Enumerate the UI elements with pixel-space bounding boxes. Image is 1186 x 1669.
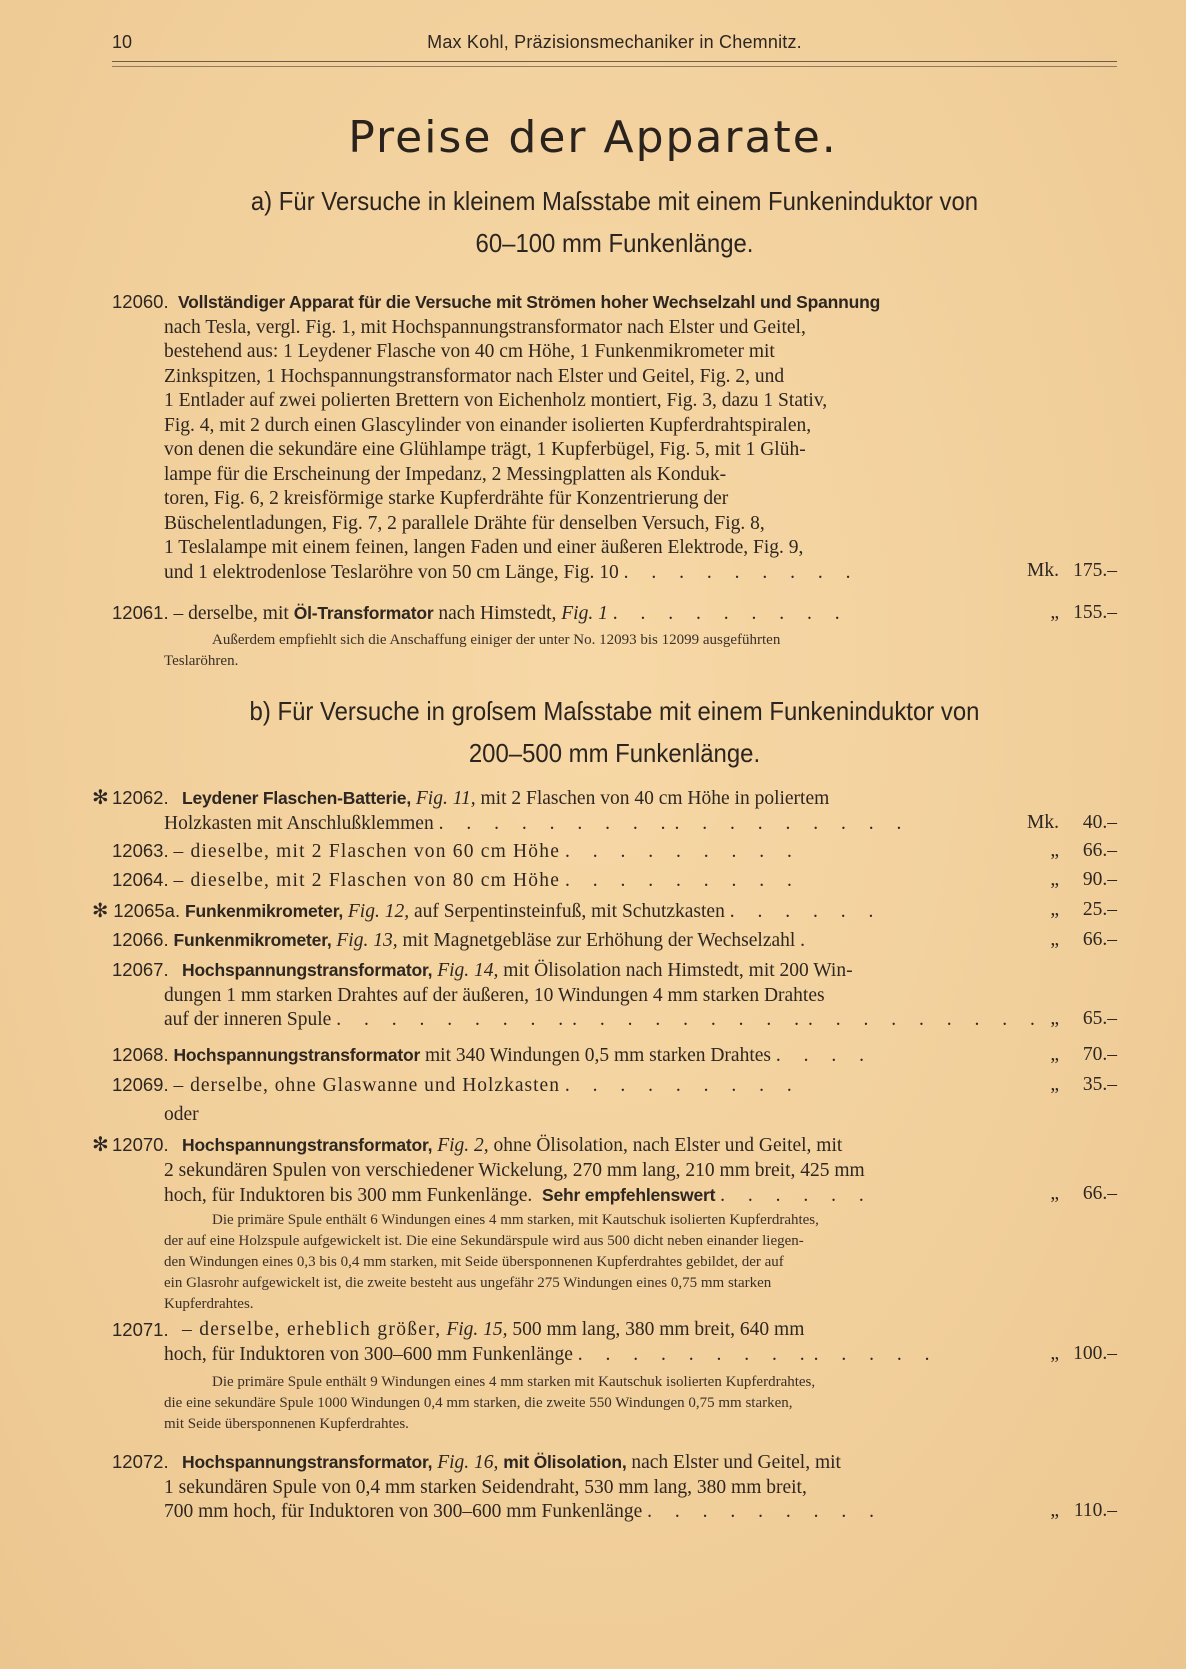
item-text: mit 340 Windungen 0,5 mm starken Drahtes bbox=[425, 1045, 771, 1066]
price: 66.– bbox=[1061, 929, 1117, 951]
section-b-heading-line2: 200–500 mm Funkenlänge. bbox=[152, 732, 1077, 774]
leader-dots: . . . . bbox=[776, 1045, 873, 1066]
catalog-entry-12065a: ✻ 12065a. Funkenmikrometer, Fig. 12, auf… bbox=[112, 899, 1117, 924]
asterisk-icon: ✻ bbox=[92, 1133, 109, 1158]
item-text: nach Himstedt, bbox=[433, 603, 561, 624]
note-line: mit Seide übersponnenen Kupferdrahtes. bbox=[164, 1414, 1000, 1435]
leader-dots: . . . . . . . . . bbox=[808, 1009, 1044, 1030]
publisher-line: Max Kohl, Präzisionsmechaniker in Chemni… bbox=[112, 32, 1117, 53]
catalog-entry-12062: ✻ 12062. Leydener Flaschen-Batterie, Fig… bbox=[112, 786, 1117, 836]
price-unit: „ bbox=[1019, 899, 1059, 921]
item-text: ohne Ölisolation, nach Elster und Geitel… bbox=[494, 1135, 843, 1156]
desc-line: Fig. 4, mit 2 durch einen Glascylinder v… bbox=[112, 414, 1009, 439]
figure-ref: Fig. 11, bbox=[416, 788, 476, 809]
price-unit: Mk. bbox=[1019, 559, 1059, 584]
item-title: Hochspannungstransformator bbox=[173, 1045, 420, 1065]
price-unit: „ bbox=[1019, 840, 1059, 862]
leader-dots: . . . . . . . . . bbox=[572, 1009, 808, 1030]
catalog-entry-12072: 12072. Hochspannungstransformator, Fig. … bbox=[112, 1450, 1117, 1525]
catalog-entry-12071: 12071. – derselbe, erheblich größer, Fig… bbox=[112, 1318, 1117, 1367]
catalog-entry-12069: 12069. – derselbe, ohne Glaswanne und Ho… bbox=[112, 1074, 1117, 1099]
price-unit: „ bbox=[1019, 1074, 1059, 1096]
price-unit: „ bbox=[1019, 869, 1059, 891]
item-text: 500 mm lang, 380 mm breit, 640 mm bbox=[512, 1319, 804, 1340]
figure-ref: Fig. 12, bbox=[348, 901, 409, 922]
item-text: 1 sekundären Spule von 0,4 mm starken Se… bbox=[112, 1476, 1117, 1501]
item-number: 12063. bbox=[112, 840, 169, 861]
item-title: Hochspannungstransformator, bbox=[182, 960, 432, 980]
recommendation-label: Sehr empfehlenswert bbox=[542, 1185, 715, 1205]
desc-line: Zinkspitzen, 1 Hochspannungstransformato… bbox=[112, 365, 1009, 390]
item-number: 12072. bbox=[112, 1450, 169, 1475]
desc-line: 1 Teslalampe mit einem feinen, langen Fa… bbox=[112, 536, 1009, 561]
header-double-rule bbox=[112, 61, 1117, 67]
desc-line: von denen die sekundäre eine Glühlampe t… bbox=[112, 438, 1009, 463]
price-unit: „ bbox=[1019, 1044, 1059, 1066]
price: 25.– bbox=[1061, 899, 1117, 921]
asterisk-icon: ✻ bbox=[92, 901, 108, 922]
item-number: 12070. bbox=[112, 1133, 169, 1158]
note-line: Außerdem empfiehlt sich die Anschaffung … bbox=[164, 630, 1000, 651]
desc-line: 1 Entlader auf zwei polierten Brettern v… bbox=[112, 389, 1009, 414]
item-text: – derselbe, erheblich größer, bbox=[182, 1319, 441, 1340]
feature-label: mit Ölisolation, bbox=[503, 1452, 626, 1472]
page-title: Preise der Apparate. bbox=[0, 112, 1186, 163]
note-line: Kupferdrahtes. bbox=[164, 1294, 1000, 1315]
item-text: auf Serpentinsteinfuß, mit Schutzkasten bbox=[414, 901, 725, 922]
asterisk-icon: ✻ bbox=[92, 786, 109, 811]
leader-dots: . . . . . . . . . bbox=[624, 562, 860, 583]
catalog-entry-12070: ✻ 12070. Hochspannungstransformator, Fig… bbox=[112, 1133, 1117, 1209]
price-unit: „ bbox=[1019, 1182, 1059, 1207]
price: 110.– bbox=[1061, 1499, 1117, 1524]
item-description: Vollständiger Apparat für die Versuche m… bbox=[112, 290, 1009, 585]
note-line: ein Glasrohr aufgewickelt ist, die zweit… bbox=[164, 1273, 1000, 1294]
catalog-entry-12064: 12064. – dieselbe, mit 2 Flaschen von 80… bbox=[112, 869, 1117, 894]
item-text: hoch, für Induktoren bis 300 mm Funkenlä… bbox=[164, 1185, 532, 1206]
figure-ref: Fig. 13, bbox=[336, 930, 397, 951]
item-text: – derselbe, mit bbox=[173, 603, 293, 624]
note-teslaroehren: Außerdem empfiehlt sich die Anschaffung … bbox=[164, 630, 1000, 672]
item-text: nach Elster und Geitel, mit bbox=[631, 1452, 841, 1473]
price-unit: Mk. bbox=[1019, 811, 1059, 836]
desc-line: bestehend aus: 1 Leydener Flasche von 40… bbox=[112, 340, 1009, 365]
catalog-entry-12068: 12068. Hochspannungstransformator mit 34… bbox=[112, 1044, 1117, 1069]
leader-dots: . . . . . . . . . bbox=[565, 841, 801, 862]
leader-dots: . . . . . . . . . bbox=[565, 870, 801, 891]
item-text: mit Magnetgebläse zur Erhöhung der Wechs… bbox=[402, 930, 805, 951]
leader-dots: . . . . . . . . . bbox=[647, 1501, 883, 1522]
figure-ref: Fig. 14, bbox=[437, 960, 498, 981]
figure-ref: Fig. 15, bbox=[446, 1319, 507, 1340]
price: 65.– bbox=[1061, 1007, 1117, 1032]
connector-text: oder bbox=[164, 1104, 199, 1126]
figure-ref: Fig. 16, bbox=[437, 1452, 498, 1473]
item-title: Hochspannungstransformator, bbox=[182, 1135, 432, 1155]
price-unit: „ bbox=[1019, 1499, 1059, 1524]
item-text: hoch, für Induktoren von 300–600 mm Funk… bbox=[164, 1344, 573, 1365]
desc-line: toren, Fig. 6, 2 kreisförmige starke Kup… bbox=[112, 487, 1009, 512]
leader-dots: . . . . . . bbox=[730, 901, 883, 922]
leader-dots: . . . . . . . . . bbox=[578, 1344, 814, 1365]
section-b-heading: b) Für Versuche in groſsem Maſsstabe mit… bbox=[152, 690, 1077, 774]
price-unit: „ bbox=[1019, 602, 1059, 624]
item-title: Leydener Flaschen-Batterie, bbox=[182, 788, 411, 808]
price: 66.– bbox=[1061, 840, 1117, 862]
figure-ref: Fig. 2, bbox=[437, 1135, 488, 1156]
note-line: Die primäre Spule enthält 9 Windungen ei… bbox=[164, 1372, 1000, 1393]
catalog-entry-12067: 12067. Hochspannungstransformator, Fig. … bbox=[112, 958, 1117, 1033]
price: 70.– bbox=[1061, 1044, 1117, 1066]
price: 66.– bbox=[1061, 1182, 1117, 1207]
note-12070: Die primäre Spule enthält 6 Windungen ei… bbox=[164, 1210, 1000, 1315]
catalog-entry-12063: 12063. – dieselbe, mit 2 Flaschen von 60… bbox=[112, 840, 1117, 865]
running-head: 10 Max Kohl, Präzisionsmechaniker in Che… bbox=[112, 30, 1117, 58]
item-text: Holzkasten mit Anschlußklemmen bbox=[164, 813, 434, 834]
item-text: auf der inneren Spule bbox=[164, 1009, 331, 1030]
item-number: 12071. bbox=[112, 1318, 169, 1343]
note-line: die eine sekundäre Spule 1000 Windungen … bbox=[164, 1393, 1000, 1414]
item-number: 12061. bbox=[112, 602, 169, 623]
item-title: Funkenmikrometer, bbox=[173, 930, 331, 950]
price: 155.– bbox=[1061, 602, 1117, 624]
item-title: Öl-Transformator bbox=[294, 603, 434, 623]
leader-dots: . . . . . . bbox=[720, 1185, 873, 1206]
item-text: – dieselbe, mit 2 Flaschen von 60 cm Höh… bbox=[173, 841, 560, 862]
leader-dots: . . . . . . . . . bbox=[674, 813, 910, 834]
desc-line: und 1 elektrodenlose Teslaröhre von 50 c… bbox=[164, 562, 619, 583]
price: 35.– bbox=[1061, 1074, 1117, 1096]
item-title: Funkenmikrometer, bbox=[185, 901, 343, 921]
catalog-page: 10 Max Kohl, Präzisionsmechaniker in Che… bbox=[0, 0, 1186, 1669]
leader-dots: . . . . . . . . . bbox=[336, 1009, 572, 1030]
price-unit: „ bbox=[1019, 1007, 1059, 1032]
note-12071: Die primäre Spule enthält 9 Windungen ei… bbox=[164, 1372, 1000, 1435]
section-a-heading-line2: 60–100 mm Funkenlänge. bbox=[152, 222, 1077, 264]
item-title: Vollständiger Apparat für die Versuche m… bbox=[178, 292, 880, 312]
item-number: 12068. bbox=[112, 1044, 169, 1065]
price: 175.– bbox=[1061, 559, 1117, 584]
item-text: – dieselbe, mit 2 Flaschen von 80 cm Höh… bbox=[173, 870, 560, 891]
price-unit: „ bbox=[1019, 1342, 1059, 1367]
item-number: 12067. bbox=[112, 958, 169, 983]
price-unit: „ bbox=[1019, 929, 1059, 951]
catalog-entry-12066: 12066. Funkenmikrometer, Fig. 13, mit Ma… bbox=[112, 929, 1117, 954]
item-number: 12062. bbox=[112, 786, 169, 811]
price: 40.– bbox=[1061, 811, 1117, 836]
figure-ref: Fig. 1 bbox=[561, 603, 608, 624]
note-line: Die primäre Spule enthält 6 Windungen ei… bbox=[164, 1210, 1000, 1231]
note-line: den Windungen eines 0,3 bis 0,4 mm stark… bbox=[164, 1252, 1000, 1273]
catalog-entry-12061: 12061. – derselbe, mit Öl-Transformator … bbox=[112, 602, 1117, 627]
item-number: 12064. bbox=[112, 869, 169, 890]
oder-connector: oder bbox=[112, 1104, 1117, 1129]
price: 90.– bbox=[1061, 869, 1117, 891]
item-text: – derselbe, ohne Glaswanne und Holzkaste… bbox=[173, 1075, 559, 1096]
item-number: 12065a. bbox=[113, 900, 180, 921]
note-line: der auf eine Holzspule aufgewickelt ist.… bbox=[164, 1231, 1000, 1252]
desc-line: Büschelentladungen, Fig. 7, 2 parallele … bbox=[112, 512, 1009, 537]
leader-dots: . . . . . bbox=[814, 1344, 939, 1365]
item-text: mit Ölisolation nach Himstedt, mit 200 W… bbox=[503, 960, 852, 981]
desc-line: nach Tesla, vergl. Fig. 1, mit Hochspann… bbox=[112, 316, 1009, 341]
item-number: 12069. bbox=[112, 1074, 169, 1095]
catalog-entry-12060: 12060. Vollständiger Apparat für die Ver… bbox=[112, 290, 1117, 585]
price: 100.– bbox=[1061, 1342, 1117, 1367]
leader-dots: . . . . . . . . . bbox=[439, 813, 675, 834]
note-line: Teslaröhren. bbox=[164, 651, 1000, 672]
leader-dots: . . . . . . . . . bbox=[613, 603, 849, 624]
item-title: Hochspannungstransformator, bbox=[182, 1452, 432, 1472]
item-text: dungen 1 mm starken Drahtes auf der äuße… bbox=[112, 984, 1117, 1009]
desc-line: lampe für die Erscheinung der Impedanz, … bbox=[112, 463, 1009, 488]
section-b-heading-line1: b) Für Versuche in groſsem Maſsstabe mit… bbox=[152, 690, 1077, 732]
section-a-heading-line1: a) Für Versuche in kleinem Maſsstabe mit… bbox=[152, 180, 1077, 222]
item-text: mit 2 Flaschen von 40 cm Höhe in poliert… bbox=[481, 788, 830, 809]
item-number: 12066. bbox=[112, 929, 169, 950]
leader-dots: . . . . . . . . . bbox=[565, 1075, 801, 1096]
item-number: 12060. bbox=[112, 290, 169, 315]
item-text: 2 sekundären Spulen von verschiedener Wi… bbox=[112, 1159, 1117, 1184]
section-a-heading: a) Für Versuche in kleinem Maſsstabe mit… bbox=[152, 180, 1077, 264]
item-text: 700 mm hoch, für Induktoren von 300–600 … bbox=[164, 1501, 642, 1522]
